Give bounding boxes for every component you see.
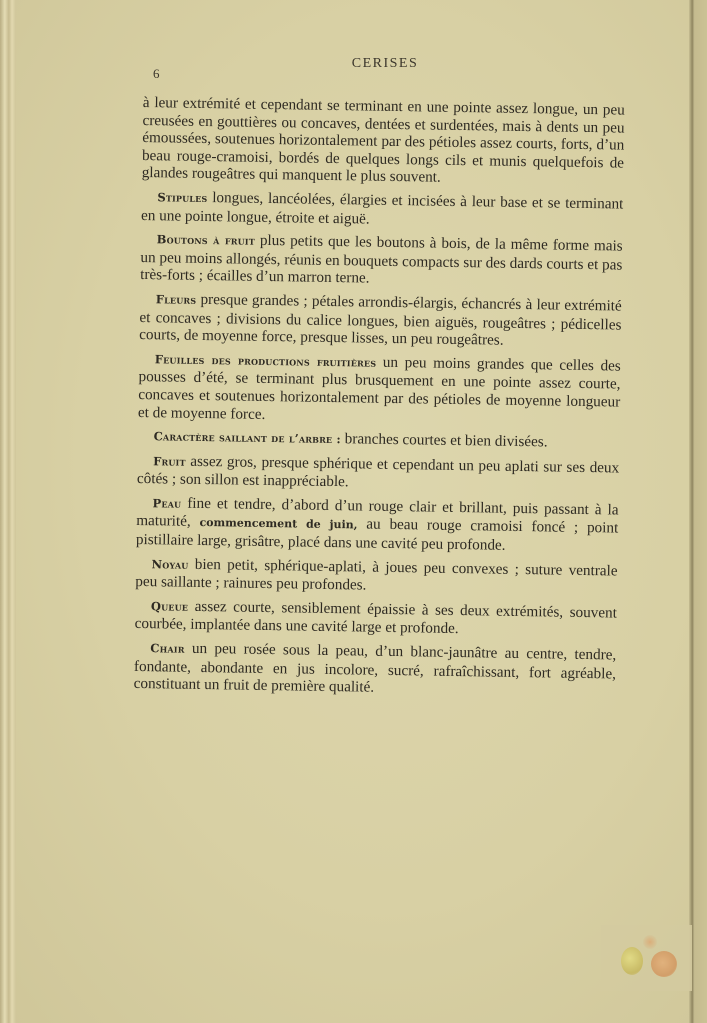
paragraph-stipules: Stipules longues, lancéolées, élargies e…	[141, 188, 624, 232]
term-heading: Caractère saillant de l’arbre :	[154, 429, 342, 446]
book-page: CERISES 6 à leur extrémité et cependant …	[0, 0, 707, 1023]
red-fruit-icon	[643, 935, 657, 949]
paragraph-text: longues, lancéolées, élargies et incisée…	[141, 189, 623, 227]
yellow-fruit-icon	[621, 947, 643, 975]
book-spine-edge	[0, 0, 16, 1023]
term-heading: Fruit	[153, 454, 186, 469]
paragraph-fruit: Fruit assez gros, presque sphérique et c…	[137, 452, 620, 496]
paragraph-text: presque grandes ; pétales arrondis-élarg…	[139, 291, 622, 349]
paragraph-text: un peu rosée sous la peau, d’un blanc-ja…	[134, 640, 617, 696]
fruit-thumbnail-watermark	[601, 925, 692, 991]
paragraph-boutons-a-fruit: Boutons à fruit plus petits que les bout…	[140, 230, 623, 291]
paragraph-chair: Chair un peu rosée sous la peau, d’un bl…	[134, 639, 617, 700]
running-title: CERISES	[140, 56, 630, 72]
page-number: 6	[153, 66, 160, 82]
page-edge-right	[689, 0, 707, 1023]
body-text: à leur extrémité et cependant se termina…	[134, 94, 625, 706]
paragraph-feuilles: Feuilles des productions fruitières un p…	[138, 350, 621, 429]
paragraph-text: branches courtes et bien divisées.	[341, 430, 548, 450]
paragraph-queue: Queue assez courte, sensiblement épaissi…	[135, 597, 618, 641]
term-heading: Peau	[152, 496, 181, 510]
term-heading: Chair	[150, 641, 185, 656]
term-heading: Feuilles des productions fruitières	[155, 352, 377, 369]
paragraph-text: assez gros, presque sphérique et cependa…	[137, 452, 619, 490]
paragraph-caractere: Caractère saillant de l’arbre : branches…	[137, 427, 619, 453]
inline-bold-text: commencement de juin,	[199, 516, 357, 531]
paragraph-text: à leur extrémité et cependant se termina…	[142, 94, 625, 186]
paragraph-peau: Peau fine et tendre, d’abord d’un rouge …	[136, 494, 619, 556]
paragraph-continuation: à leur extrémité et cependant se termina…	[142, 94, 625, 190]
term-heading: Boutons à fruit	[157, 232, 255, 248]
term-heading: Stipules	[157, 190, 207, 205]
term-heading: Queue	[151, 599, 188, 614]
paragraph-noyau: Noyau bien petit, sphérique-aplati, à jo…	[135, 555, 618, 599]
paragraph-text: bien petit, sphérique-aplati, à joues pe…	[135, 555, 617, 593]
red-fruit-icon	[651, 951, 677, 977]
paragraph-fleurs: Fleurs presque grandes ; pétales arrondi…	[139, 290, 622, 351]
term-heading: Fleurs	[156, 292, 197, 307]
paragraph-text: assez courte, sensiblement épaissie à se…	[135, 598, 617, 638]
term-heading: Noyau	[152, 557, 189, 572]
